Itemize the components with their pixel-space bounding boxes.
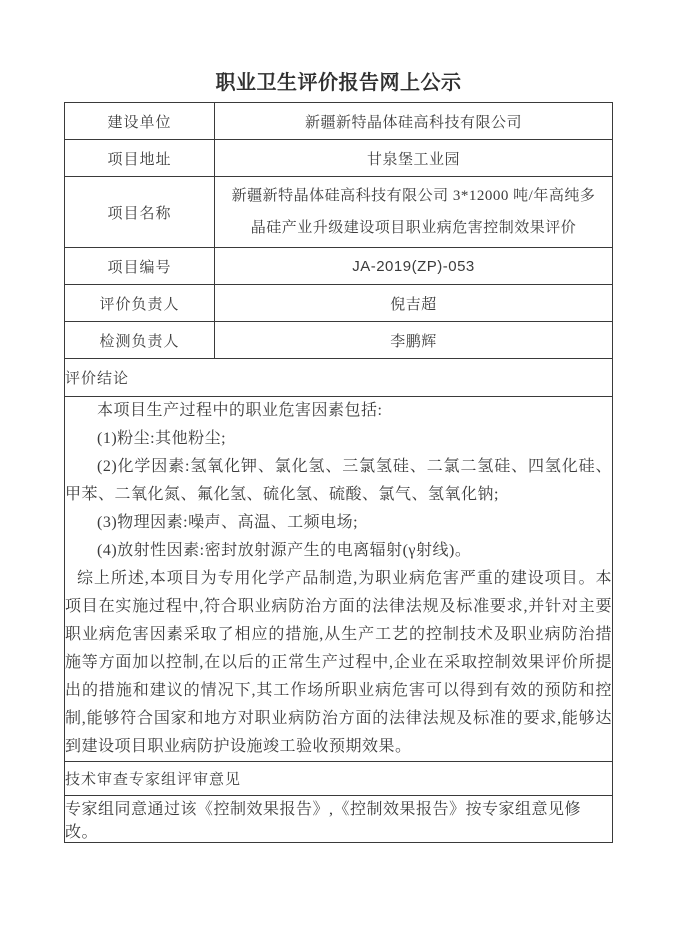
conclusion-paragraph-intro: 本项目生产过程中的职业危害因素包括: — [65, 397, 612, 425]
table-row-review-header: 技术审查专家组评审意见 — [65, 762, 613, 796]
project-number-value: JA-2019(ZP)-053 — [215, 248, 613, 285]
table-row-review-opinion: 专家组同意通过该《控制效果报告》,《控制效果报告》按专家组意见修改。 — [65, 796, 613, 843]
conclusion-header: 评价结论 — [65, 359, 613, 397]
evaluation-leader-label: 评价负责人 — [65, 285, 215, 322]
table-row-project-number: 项目编号 JA-2019(ZP)-053 — [65, 248, 613, 285]
project-name-value: 新疆新特晶体硅高科技有限公司 3*12000 吨/年高纯多 晶硅产业升级建设项目… — [215, 177, 613, 248]
table-row-testing-leader: 检测负责人 李鹏辉 — [65, 322, 613, 359]
review-opinion: 专家组同意通过该《控制效果报告》,《控制效果报告》按专家组意见修改。 — [65, 796, 613, 843]
conclusion-paragraph-radiation: (4)放射性因素:密封放射源产生的电离辐射(γ射线)。 — [65, 537, 612, 565]
testing-leader-value: 李鹏辉 — [215, 322, 613, 359]
project-address-label: 项目地址 — [65, 140, 215, 177]
conclusion-body: 本项目生产过程中的职业危害因素包括: (1)粉尘:其他粉尘; (2)化学因素:氢… — [65, 397, 613, 762]
testing-leader-label: 检测负责人 — [65, 322, 215, 359]
table-row-evaluation-leader: 评价负责人 倪吉超 — [65, 285, 613, 322]
construction-unit-value: 新疆新特晶体硅高科技有限公司 — [215, 103, 613, 140]
publicity-table: 建设单位 新疆新特晶体硅高科技有限公司 项目地址 甘泉堡工业园 项目名称 新疆新… — [64, 102, 613, 843]
page-title: 职业卫生评价报告网上公示 — [0, 70, 677, 96]
review-header: 技术审查专家组评审意见 — [65, 762, 613, 796]
construction-unit-label: 建设单位 — [65, 103, 215, 140]
project-name-label: 项目名称 — [65, 177, 215, 248]
conclusion-paragraph-summary: 综上所述,本项目为专用化学产品制造,为职业病危害严重的建设项目。本项目在实施过程… — [65, 565, 612, 761]
table-row-conclusion-header: 评价结论 — [65, 359, 613, 397]
conclusion-paragraph-dust: (1)粉尘:其他粉尘; — [65, 425, 612, 453]
project-number-label: 项目编号 — [65, 248, 215, 285]
project-name-line-1: 新疆新特晶体硅高科技有限公司 3*12000 吨/年高纯多 — [215, 180, 612, 212]
document-page: 职业卫生评价报告网上公示 建设单位 新疆新特晶体硅高科技有限公司 项目地址 甘泉… — [0, 0, 677, 944]
project-address-value: 甘泉堡工业园 — [215, 140, 613, 177]
table-row-project-address: 项目地址 甘泉堡工业园 — [65, 140, 613, 177]
table-row-project-name: 项目名称 新疆新特晶体硅高科技有限公司 3*12000 吨/年高纯多 晶硅产业升… — [65, 177, 613, 248]
table-row-conclusion-body: 本项目生产过程中的职业危害因素包括: (1)粉尘:其他粉尘; (2)化学因素:氢… — [65, 397, 613, 762]
conclusion-paragraph-physical: (3)物理因素:噪声、高温、工频电场; — [65, 509, 612, 537]
conclusion-paragraph-chemical: (2)化学因素:氢氧化钾、氯化氢、三氯氢硅、二氯二氢硅、四氢化硅、甲苯、二氧化氮… — [65, 453, 612, 509]
project-name-line-2: 晶硅产业升级建设项目职业病危害控制效果评价 — [215, 212, 612, 244]
evaluation-leader-value: 倪吉超 — [215, 285, 613, 322]
table-row-construction-unit: 建设单位 新疆新特晶体硅高科技有限公司 — [65, 103, 613, 140]
